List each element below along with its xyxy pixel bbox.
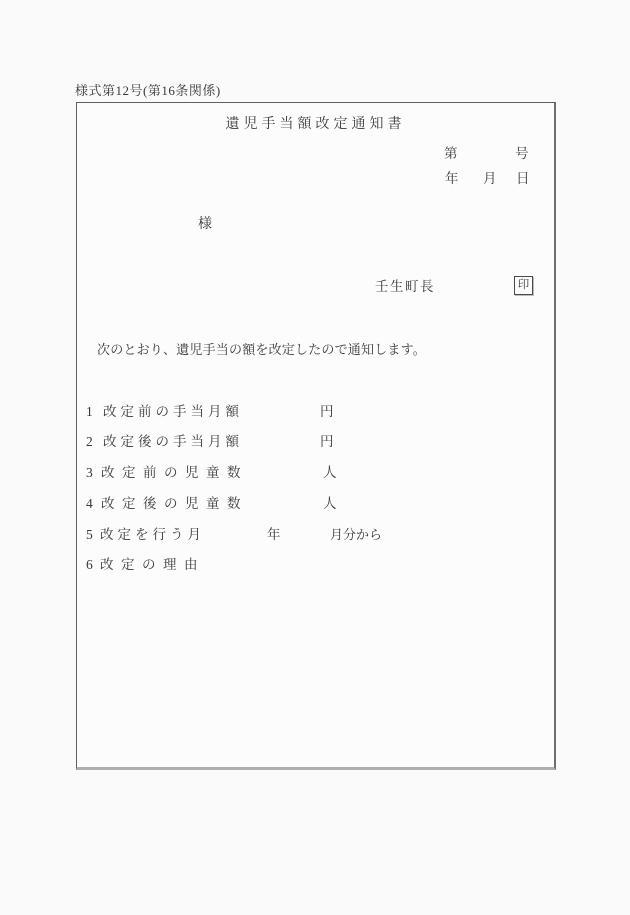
item-4-number: 4 [86,496,96,512]
item-3-unit: 人 [323,465,337,481]
date-year-label: 年 [445,171,459,187]
issuer-title: 壬生町長 [375,279,435,295]
document-page: 様式第12号(第16条関係) 遺児手当額改定通知書 第 号 年 月 日 様 壬生… [0,0,630,915]
item-1-unit: 円 [320,404,334,420]
document-title: 遺児手当額改定通知書 [77,117,554,133]
item-4-label: 改定後の児童数 [101,496,248,512]
item-6-number: 6 [86,557,96,573]
item-6-label: 改定の理由 [100,557,205,573]
item-1-label: 改定前の手当月額 [103,404,243,420]
item-2-label: 改定後の手当月額 [103,434,243,450]
doc-number-prefix: 第 [444,146,458,162]
addressee-honorific: 様 [198,217,212,233]
date-day-label: 日 [516,171,530,187]
item-4-unit: 人 [323,496,337,512]
item-2-number: 2 [86,434,96,450]
seal-mark: 印 [514,276,533,295]
notification-body-text: 次のとおり、遺児手当の額を改定したので通知します。 [97,342,426,358]
item-5-number: 5 [86,527,96,543]
doc-number-suffix: 号 [515,146,529,162]
form-number-label: 様式第12号(第16条関係) [75,83,221,99]
item-5-month-suffix: 月分から [330,527,382,543]
item-3-number: 3 [86,465,96,481]
date-month-label: 月 [483,171,497,187]
item-3-label: 改定前の児童数 [101,465,248,481]
item-1-number: 1 [86,404,96,420]
item-2-unit: 円 [320,434,334,450]
item-5-label: 改定を行う月 [100,527,205,543]
item-5-year-unit: 年 [267,527,281,543]
